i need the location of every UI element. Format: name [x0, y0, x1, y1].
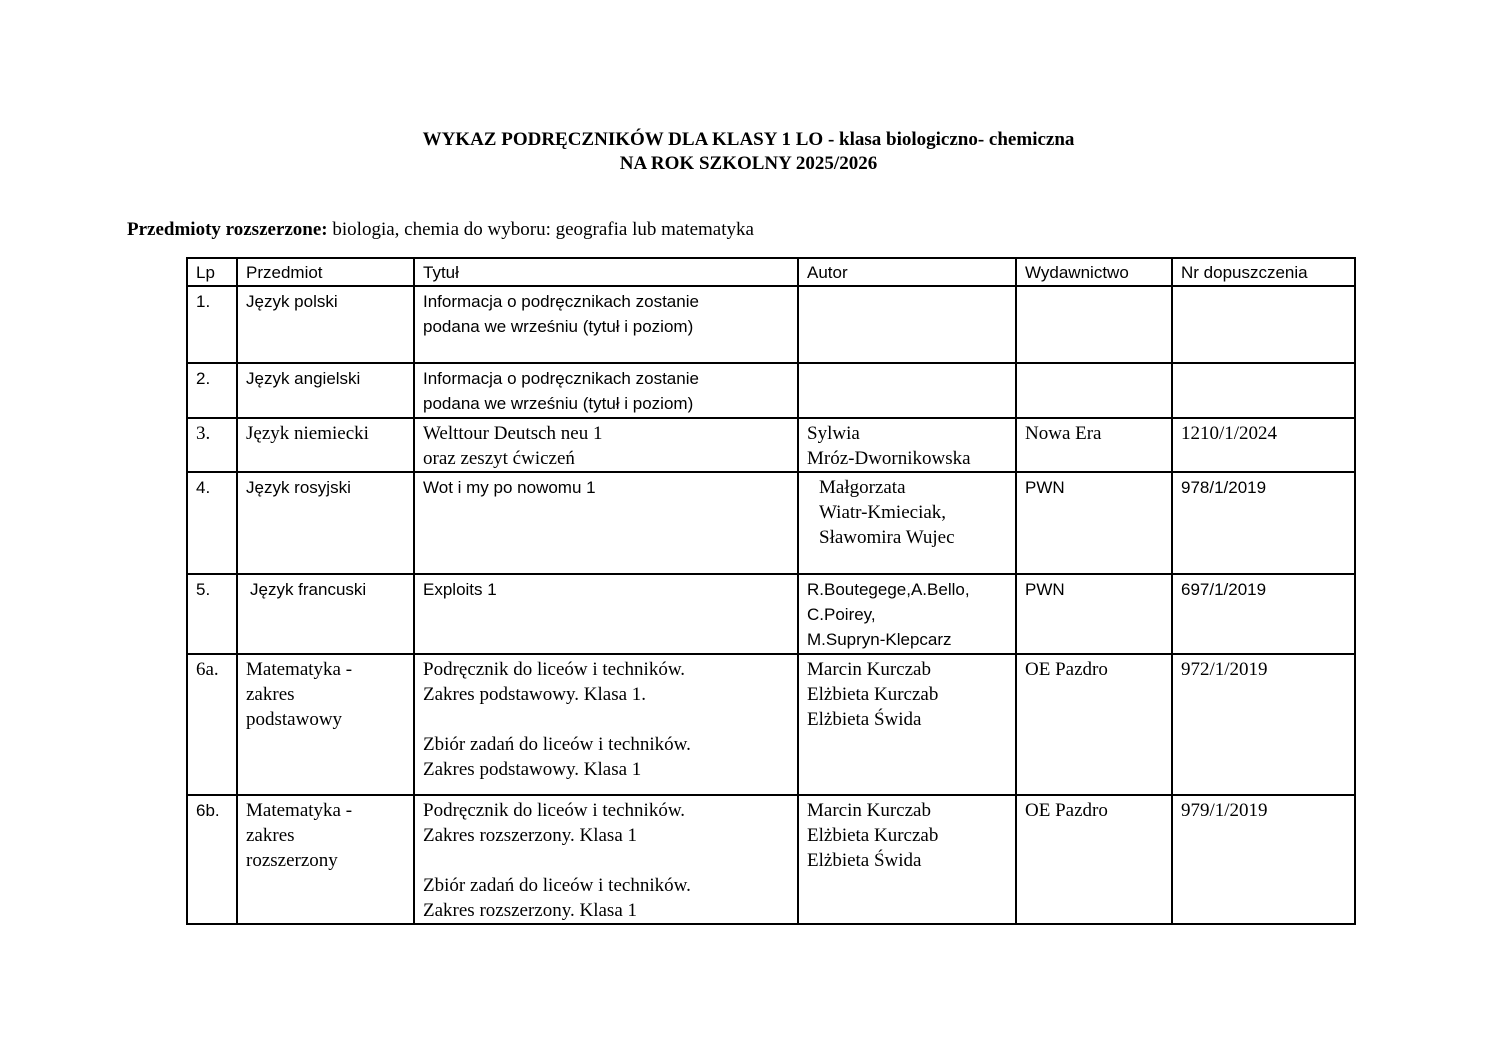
cell-autor: [798, 363, 1016, 418]
cell-lp: 5.: [187, 574, 237, 654]
cell-tytul: Informacja o podręcznikach zostanie poda…: [414, 363, 798, 418]
table-row: 1. Język polski Informacja o podręcznika…: [187, 286, 1355, 363]
cell-autor: Marcin Kurczab Elżbieta Kurczab Elżbieta…: [798, 654, 1016, 795]
cell-tytul: Exploits 1: [414, 574, 798, 654]
table-row: 2. Język angielski Informacja o podręczn…: [187, 363, 1355, 418]
cell-tytul: Informacja o podręcznikach zostanie poda…: [414, 286, 798, 363]
cell-tytul: Podręcznik do liceów i techników. Zakres…: [414, 795, 798, 924]
cell-nr: [1172, 363, 1355, 418]
header-tytul: Tytuł: [414, 258, 798, 286]
table-row: 6a. Matematyka - zakres podstawowy Podrę…: [187, 654, 1355, 795]
header-nr-dopuszczenia: Nr dopuszczenia: [1172, 258, 1355, 286]
textbook-table: Lp Przedmiot Tytuł Autor Wydawnictwo Nr …: [186, 257, 1356, 925]
cell-nr: 972/1/2019: [1172, 654, 1355, 795]
cell-lp: 6b.: [187, 795, 237, 924]
cell-przedmiot: Język niemiecki: [237, 418, 414, 472]
cell-przedmiot: Język polski: [237, 286, 414, 363]
school-year-title: NA ROK SZKOLNY 2025/2026: [0, 152, 1497, 175]
cell-wydawnictwo: [1016, 286, 1172, 363]
cell-wydawnictwo: PWN: [1016, 472, 1172, 574]
cell-autor: Sylwia Mróz-Dwornikowska: [798, 418, 1016, 472]
cell-nr: 978/1/2019: [1172, 472, 1355, 574]
cell-lp: 4.: [187, 472, 237, 574]
table-row: 3. Język niemiecki Welttour Deutsch neu …: [187, 418, 1355, 472]
cell-tytul: Welttour Deutsch neu 1 oraz zeszyt ćwicz…: [414, 418, 798, 472]
cell-przedmiot: Język francuski: [237, 574, 414, 654]
cell-nr: [1172, 286, 1355, 363]
cell-lp: 2.: [187, 363, 237, 418]
cell-autor: R.Boutegege,A.Bello, C.Poirey, M.Supryn-…: [798, 574, 1016, 654]
table-row: 4. Język rosyjski Wot i my po nowomu 1 M…: [187, 472, 1355, 574]
extended-subjects-text: biologia, chemia do wyboru: geografia lu…: [328, 219, 754, 240]
cell-autor: Małgorzata Wiatr-Kmieciak, Sławomira Wuj…: [798, 472, 1016, 574]
cell-nr: 1210/1/2024: [1172, 418, 1355, 472]
cell-wydawnictwo: OE Pazdro: [1016, 654, 1172, 795]
cell-tytul: Podręcznik do liceów i techników. Zakres…: [414, 654, 798, 795]
cell-przedmiot: Matematyka - zakres podstawowy: [237, 654, 414, 795]
cell-wydawnictwo: PWN: [1016, 574, 1172, 654]
cell-lp: 3.: [187, 418, 237, 472]
cell-wydawnictwo: OE Pazdro: [1016, 795, 1172, 924]
cell-lp: 6a.: [187, 654, 237, 795]
cell-nr: 697/1/2019: [1172, 574, 1355, 654]
cell-przedmiot: Język angielski: [237, 363, 414, 418]
cell-przedmiot: Matematyka - zakres rozszerzony: [237, 795, 414, 924]
cell-lp: 1.: [187, 286, 237, 363]
document-title: WYKAZ PODRĘCZNIKÓW DLA KLASY 1 LO - klas…: [0, 128, 1497, 151]
cell-wydawnictwo: [1016, 363, 1172, 418]
table-row: 5. Język francuski Exploits 1 R.Boutegeg…: [187, 574, 1355, 654]
header-lp: Lp: [187, 258, 237, 286]
cell-nr: 979/1/2019: [1172, 795, 1355, 924]
cell-wydawnictwo: Nowa Era: [1016, 418, 1172, 472]
header-przedmiot: Przedmiot: [237, 258, 414, 286]
cell-autor: Marcin Kurczab Elżbieta Kurczab Elżbieta…: [798, 795, 1016, 924]
cell-przedmiot: Język rosyjski: [237, 472, 414, 574]
extended-subjects-label: Przedmioty rozszerzone:: [127, 219, 328, 240]
cell-tytul: Wot i my po nowomu 1: [414, 472, 798, 574]
header-wydawnictwo: Wydawnictwo: [1016, 258, 1172, 286]
table-row: 6b. Matematyka - zakres rozszerzony Podr…: [187, 795, 1355, 924]
extended-subjects-line: Przedmioty rozszerzone: biologia, chemia…: [127, 219, 754, 241]
cell-autor: [798, 286, 1016, 363]
header-autor: Autor: [798, 258, 1016, 286]
table-header-row: Lp Przedmiot Tytuł Autor Wydawnictwo Nr …: [187, 258, 1355, 286]
